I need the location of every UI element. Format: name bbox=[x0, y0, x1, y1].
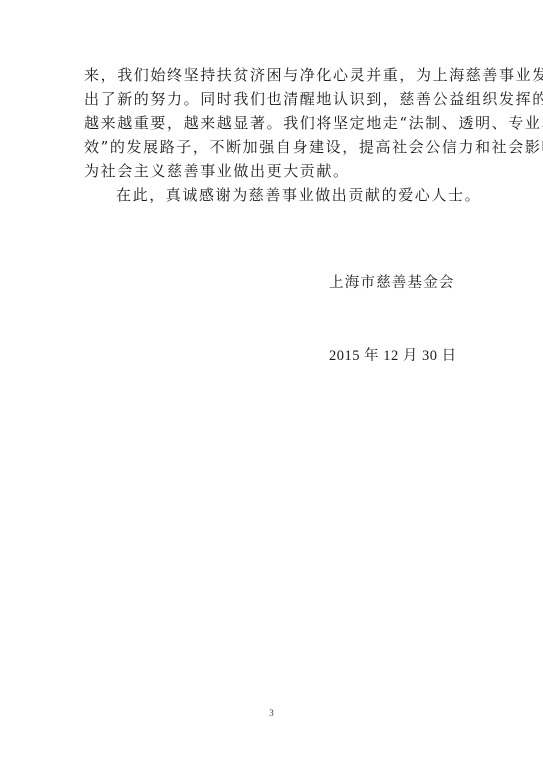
letter-body: 来，我们始终坚持扶贫济困与净化心灵并重，为上海慈善事业发展做 出了新的努力。同时… bbox=[84, 63, 464, 207]
thanks-paragraph: 在此，真诚感谢为慈善事业做出贡献的爱心人士。 bbox=[84, 183, 464, 207]
signature-date: 2015 年 12 月 30 日 bbox=[329, 344, 457, 365]
paragraph-line: 为社会主义慈善事业做出更大贡献。 bbox=[84, 159, 464, 183]
paragraph-line: 效”的发展路子，不断加强自身建设，提高社会公信力和社会影响力， bbox=[84, 135, 464, 159]
page-number: 3 bbox=[0, 708, 543, 718]
signature-organization: 上海市慈善基金会 bbox=[329, 271, 455, 292]
paragraph-line: 来，我们始终坚持扶贫济困与净化心灵并重，为上海慈善事业发展做 bbox=[84, 63, 464, 87]
document-page: 来，我们始终坚持扶贫济困与净化心灵并重，为上海慈善事业发展做 出了新的努力。同时… bbox=[0, 0, 543, 768]
paragraph-line: 越来越重要，越来越显著。我们将坚定地走“法制、透明、专业、高 bbox=[84, 111, 464, 135]
paragraph-line: 出了新的努力。同时我们也清醒地认识到，慈善公益组织发挥的作用 bbox=[84, 87, 464, 111]
